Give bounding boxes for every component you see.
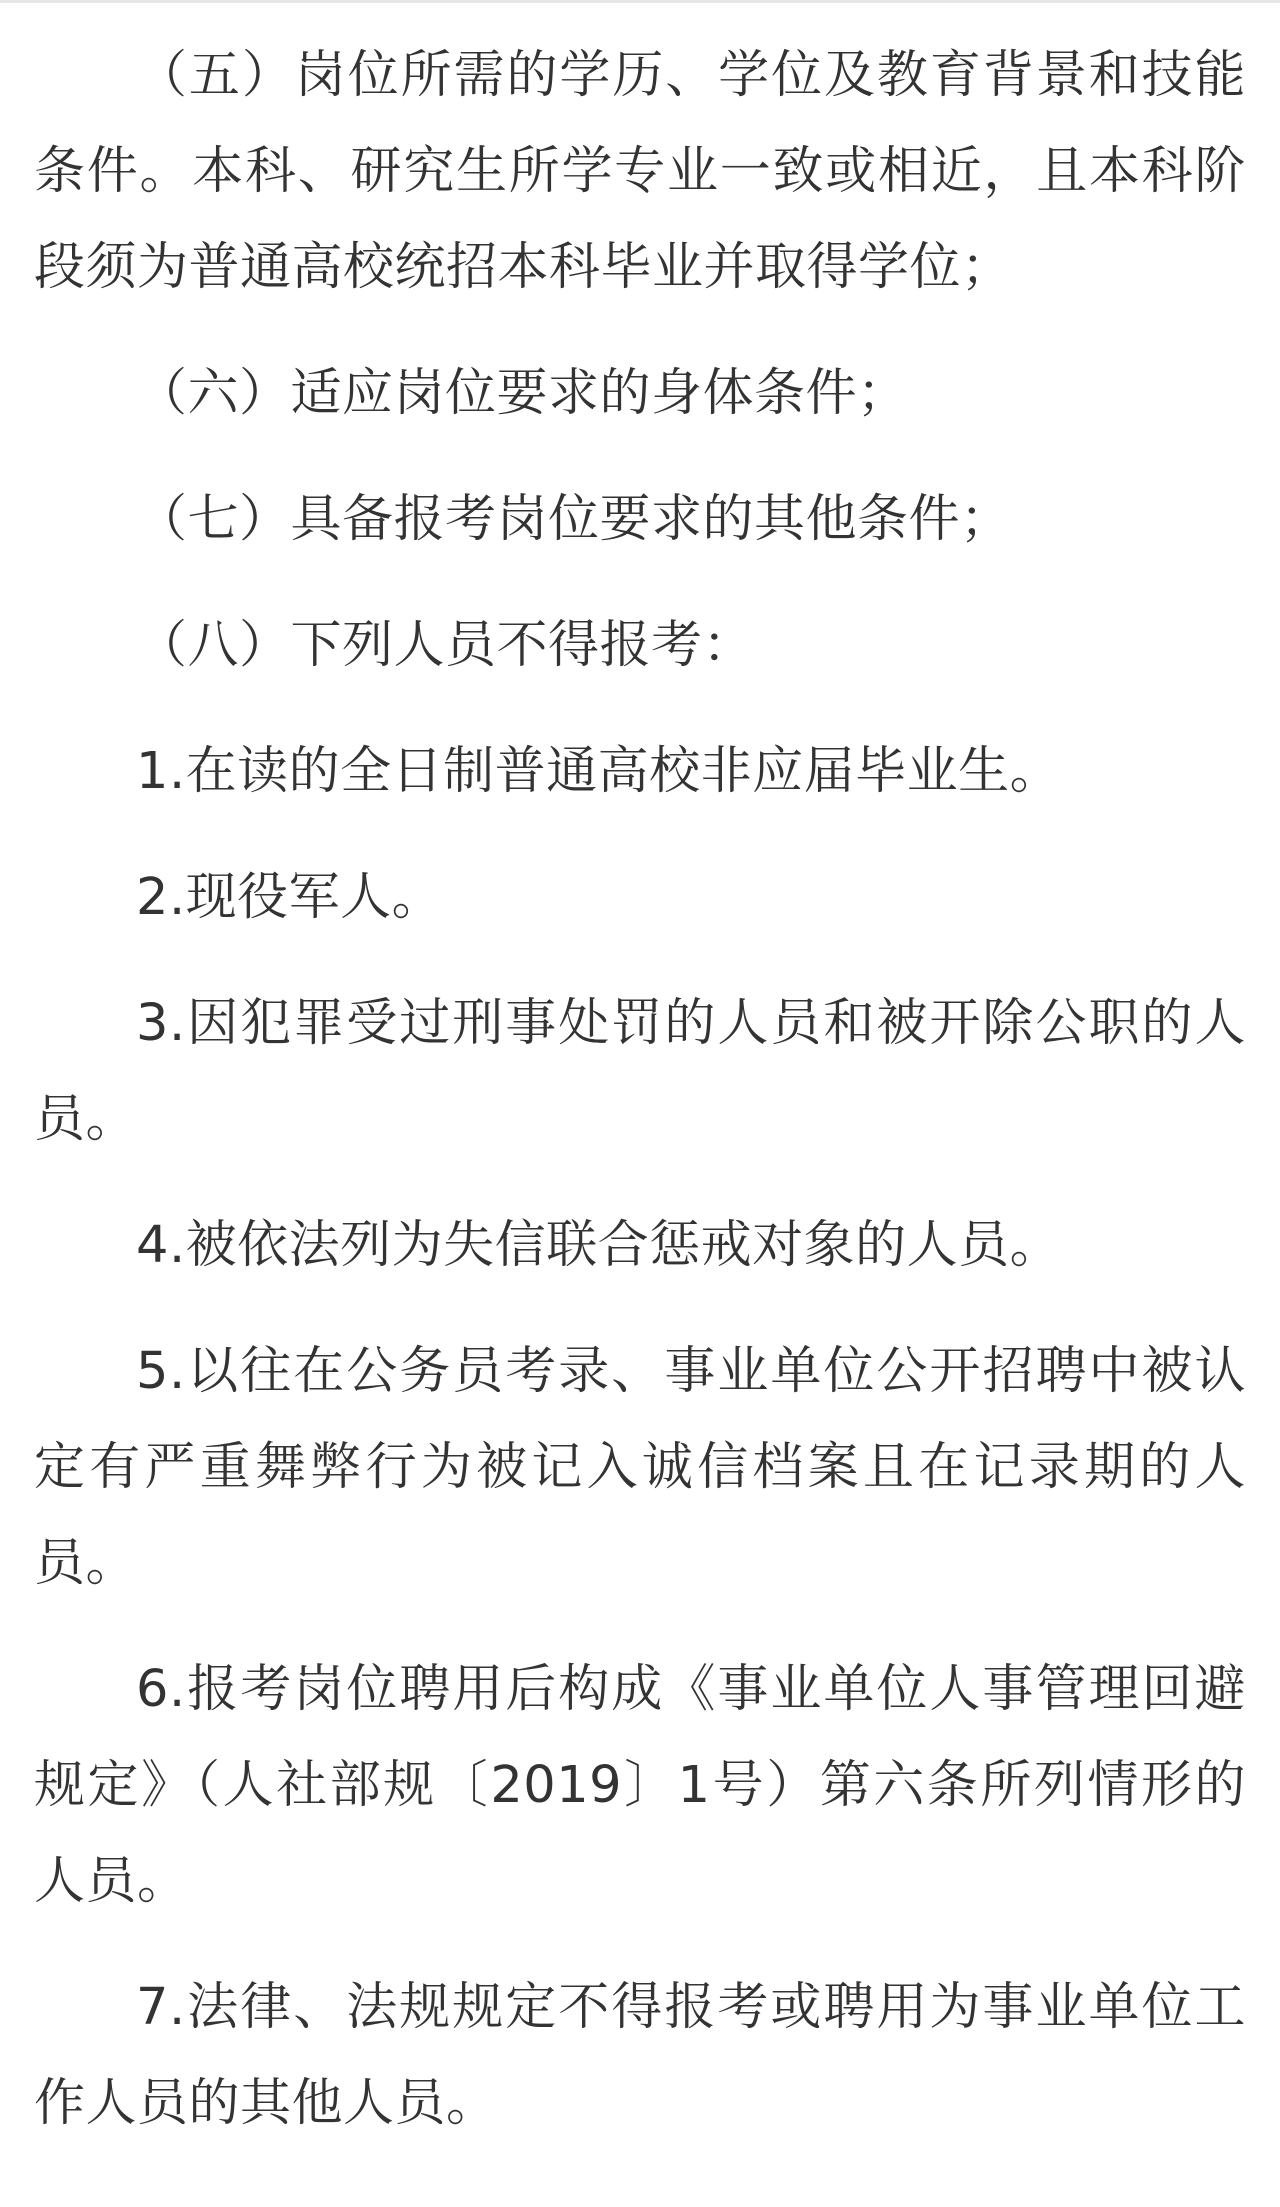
list-item-6: 6.报考岗位聘用后构成《事业单位人事管理回避规定》（人社部规〔2019〕1号）第… [34, 1642, 1246, 1930]
list-item-2: 2.现役军人。 [34, 850, 1246, 946]
list-item-4: 4.被依法列为失信联合惩戒对象的人员。 [34, 1198, 1246, 1294]
paragraph-condition-7: （七）具备报考岗位要求的其他条件； [34, 472, 1246, 568]
paragraph-condition-8: （八）下列人员不得报考： [34, 598, 1246, 694]
list-item-5: 5.以往在公务员考录、事业单位公开招聘中被认定有严重舞弊行为被记入诚信档案且在记… [34, 1324, 1246, 1612]
list-item-3: 3.因犯罪受过刑事处罚的人员和被开除公职的人员。 [34, 976, 1246, 1168]
top-divider [0, 0, 1280, 3]
list-item-1: 1.在读的全日制普通高校非应届毕业生。 [34, 724, 1246, 820]
paragraph-condition-6: （六）适应岗位要求的身体条件； [34, 346, 1246, 442]
paragraph-condition-5: （五）岗位所需的学历、学位及教育背景和技能条件。本科、研究生所学专业一致或相近，… [34, 28, 1246, 316]
list-item-7: 7.法律、法规规定不得报考或聘用为事业单位工作人员的其他人员。 [34, 1960, 1246, 2152]
document-body: （五）岗位所需的学历、学位及教育背景和技能条件。本科、研究生所学专业一致或相近，… [34, 28, 1246, 2182]
